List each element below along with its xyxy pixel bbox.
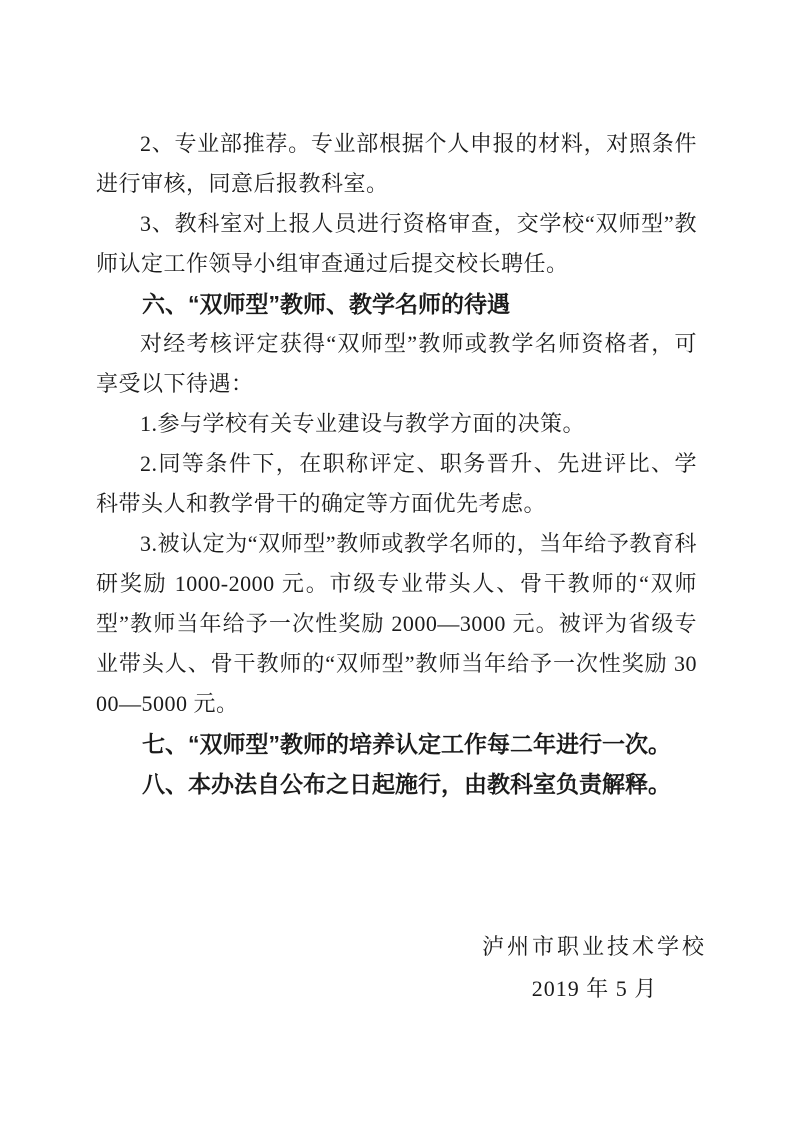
section-heading-seven: 七、“双师型”教师的培养认定工作每二年进行一次。 bbox=[96, 724, 697, 764]
paragraph-step-3: 3、教科室对上报人员进行资格审查，交学校“双师型”教师认定工作领导小组审查通过后… bbox=[96, 204, 697, 284]
paragraph-benefit-1: 1.参与学校有关专业建设与教学方面的决策。 bbox=[96, 404, 697, 444]
section-heading-eight: 八、本办法自公布之日起施行，由教科室负责解释。 bbox=[96, 764, 697, 804]
document-body: 2、专业部推荐。专业部根据个人申报的材料，对照条件进行审核，同意后报教科室。 3… bbox=[96, 124, 697, 804]
paragraph-step-2: 2、专业部推荐。专业部根据个人申报的材料，对照条件进行审核，同意后报教科室。 bbox=[96, 124, 697, 204]
signature-date: 2019 年 5 月 bbox=[482, 968, 707, 1010]
section-heading-six: 六、“双师型”教师、教学名师的待遇 bbox=[96, 284, 697, 324]
document-page: 2、专业部推荐。专业部根据个人申报的材料，对照条件进行审核，同意后报教科室。 3… bbox=[0, 0, 793, 1122]
signature-school-name: 泸州市职业技术学校 bbox=[482, 926, 707, 968]
paragraph-benefit-2: 2.同等条件下，在职称评定、职务晋升、先进评比、学科带头人和教学骨干的确定等方面… bbox=[96, 444, 697, 524]
paragraph-intro-benefit: 对经考核评定获得“双师型”教师或教学名师资格者，可享受以下待遇： bbox=[96, 324, 697, 404]
paragraph-benefit-3: 3.被认定为“双师型”教师或教学名师的，当年给予教育科研奖励 1000-2000… bbox=[96, 524, 697, 724]
signature-block: 泸州市职业技术学校 2019 年 5 月 bbox=[482, 926, 707, 1010]
